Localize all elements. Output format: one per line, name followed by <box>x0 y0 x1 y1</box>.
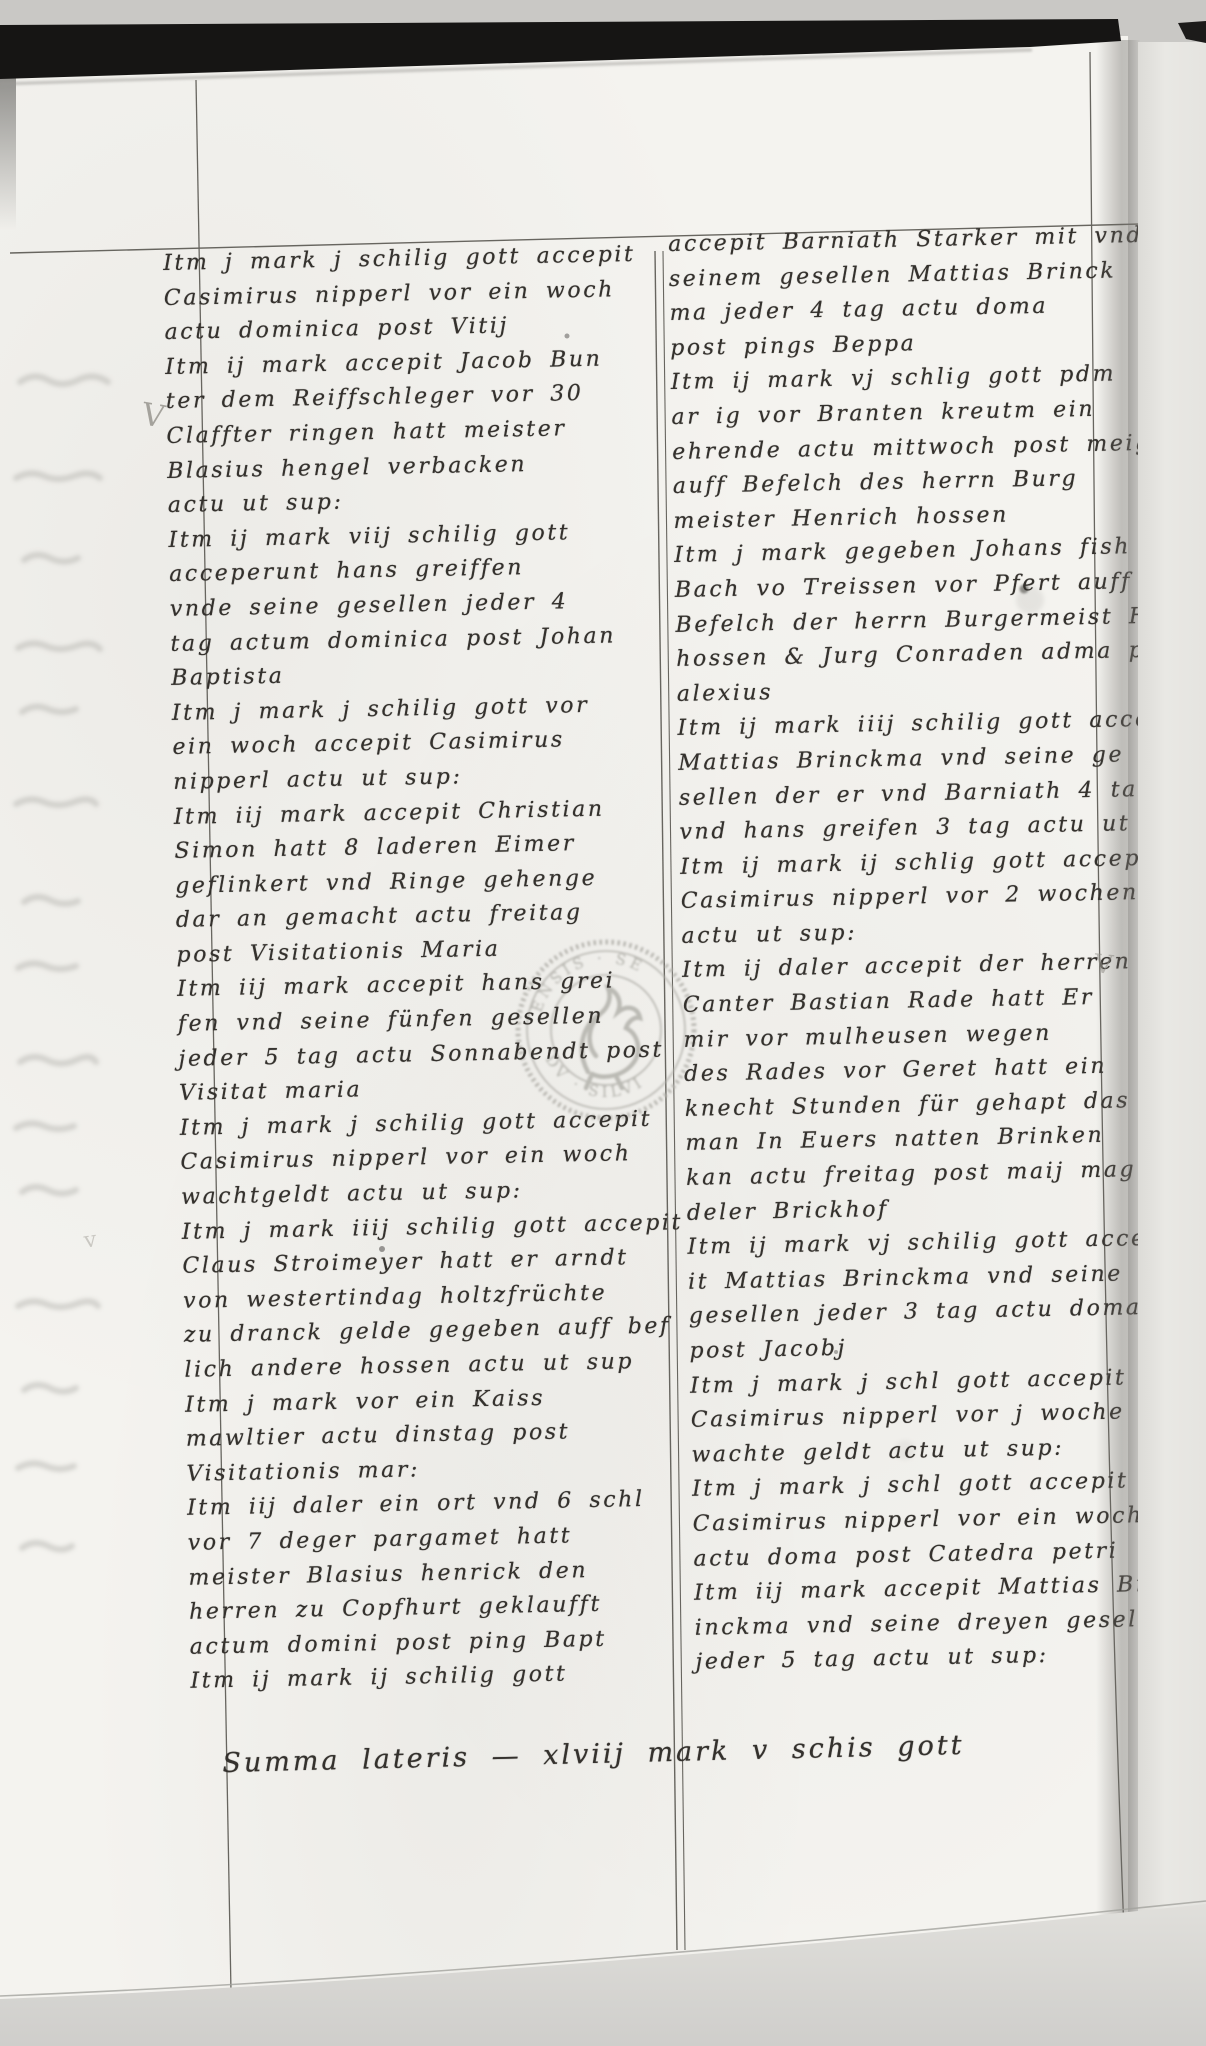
gutter-shadow <box>0 70 16 230</box>
book-scan: ENSIS · SE DV · SILVI Itm j mark j schil… <box>0 0 1206 2046</box>
right-column: accepit Barniath Starker mit vndseinem g… <box>668 224 1134 1685</box>
next-page-edge <box>1138 42 1206 1914</box>
page-fold-shadow <box>1096 40 1140 1920</box>
left-column: Itm j mark j schilig gott accepitCasimir… <box>163 241 691 1703</box>
